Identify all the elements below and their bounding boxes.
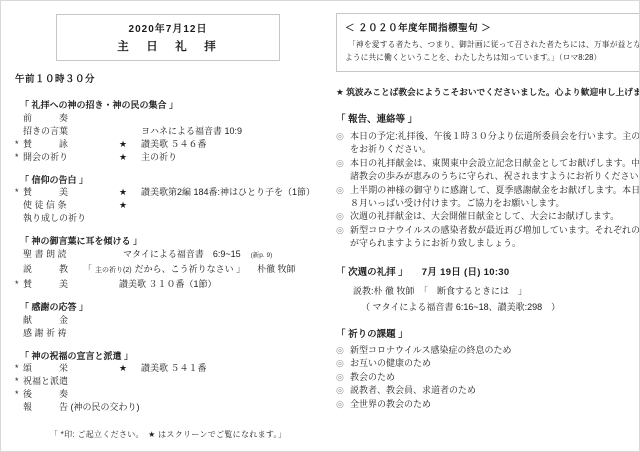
prayer-text: 全世界の教会のため [350, 398, 640, 412]
prayer-list: ◎ 新型コロナウイルス感染症の終息のため ◎ お互いの健康のため ◎ 教会のため… [336, 344, 640, 412]
sermon-quote-open: 「 [83, 263, 92, 276]
reports-heading: 「 報告、連絡等 」 [336, 111, 640, 125]
screen-star-icon: ★ [119, 199, 141, 212]
bullet-icon: ◎ [336, 184, 350, 211]
sermon-row: 説 教 「 主の祈り(2) だから、こう祈りなさい 」 朴徹 牧師 [15, 263, 321, 278]
service-time: 午前１０時３０分 [15, 71, 321, 85]
worship-row: * 賛 詠 ★ 讃美歌 ５４６番 [15, 138, 321, 151]
hymn-row: * 賛 美 讃美歌 ３１０番（1節） [15, 278, 321, 291]
row-label: 前 奏 [23, 112, 119, 125]
row-label: 賛 美 [23, 278, 119, 291]
report-text: 本日の礼拝献金は、東関東中会設立記念日献金としてお献げします。中会と諸教会の歩み… [350, 157, 640, 184]
reports-list: ◎ 本日の予定:礼拝後、午後１時３０分より伝道所委員会を行います。主の導きをお祈… [336, 130, 640, 251]
row-content: 讃美歌 ５４１番 [141, 362, 207, 375]
report-item: ◎ 本日の予定:礼拝後、午後１時３０分より伝道所委員会を行います。主の導きをお祈… [336, 130, 640, 157]
next-week-section: 「 次週の礼拝 」 7月 19日 (日) 10:30 説教:朴 徹 牧師 「 断… [336, 264, 640, 313]
worship-row: 招きの言葉 ヨハネによる福音書 10:9 [15, 125, 321, 138]
worship-row: * 開会の祈り ★ 主の祈り [15, 151, 321, 164]
standing-instructions-note: 「 *印: ご起立ください。 ★ はスクリーンでご覧になれます。」 [15, 429, 321, 442]
prayer-heading: 「 祈りの課題 」 [336, 326, 640, 340]
next-week-heading: 「 次週の礼拝 」 [336, 264, 408, 278]
section-word: 「 神の御言葉に耳を傾ける 」 聖 書 朗 読 マタイによる福音書 6:9~15… [15, 235, 321, 291]
bulletin-page: 2020年7月12日 主 日 礼 拝 午前１０時３０分 「 礼拝への神の招き・神… [0, 0, 640, 452]
row-content: 主の祈り [141, 151, 177, 164]
row-label: 献 金 [23, 314, 119, 327]
worship-row: 報 告 (神の民の交わり) [15, 401, 321, 414]
row-label: 執り成しの祈り [23, 212, 119, 225]
section-heading: 「 感謝の応答 」 [15, 301, 321, 314]
scripture-reading-row: 聖 書 朗 読 マタイによる福音書 6:9~15 (新p. 9) [15, 248, 321, 263]
preacher-name: 朴徹 牧師 [257, 263, 296, 276]
next-week-sermon: 説教:朴 徹 牧師 「 断食するときには 」 [336, 284, 640, 297]
screen-star-icon: ★ [119, 362, 141, 375]
report-text: 次週の礼拝献金は、大会開催日献金として、大会にお献げします。 [350, 210, 640, 223]
stand-marker: * [15, 138, 23, 151]
section-heading: 「 礼拝への神の招き・神の民の集合 」 [15, 99, 321, 112]
row-content: 讃美歌 ５４６番 [141, 138, 207, 151]
announcements-column: ＜ ２０２０年度年間指標聖句 ＞ 「神を愛する者たち、つまり、御計画に従って召さ… [323, 1, 640, 451]
title-box: 2020年7月12日 主 日 礼 拝 [56, 14, 280, 61]
service-date: 2020年7月12日 [57, 20, 279, 35]
sermon-title: だから、こう祈りなさい 」 [135, 263, 246, 276]
page-title: 主 日 礼 拝 [57, 38, 279, 54]
bullet-icon: ◎ [336, 224, 350, 251]
worship-row: 感 謝 祈 祷 [15, 327, 321, 340]
prayer-text: 説教者、教会員、求道者のため [350, 384, 640, 398]
report-item: ◎ 上半期の神様の御守りに感謝して、夏季感謝献金をお献げします。本日より８月いっ… [336, 184, 640, 211]
worship-row: 使 徒 信 条 ★ [15, 199, 321, 212]
row-label: 祝福と派遣 [23, 375, 119, 388]
row-content: 讃美歌第2編 184番:神はひとり子を（1節） [141, 186, 315, 199]
bullet-icon: ◎ [336, 210, 350, 223]
worship-row: 前 奏 [15, 112, 321, 125]
worship-row: * 頌 栄 ★ 讃美歌 ５４１番 [15, 362, 321, 375]
section-thanksgiving: 「 感謝の応答 」 献 金 感 謝 祈 祷 [15, 301, 321, 340]
worship-row: 執り成しの祈り [15, 212, 321, 225]
prayer-text: 教会のため [350, 371, 640, 385]
next-week-heading-row: 「 次週の礼拝 」 7月 19日 (日) 10:30 [336, 264, 640, 278]
row-label: 賛 美 [23, 186, 119, 199]
bullet-icon: ◎ [336, 371, 350, 385]
worship-program: 「 礼拝への神の招き・神の民の集合 」 前 奏 招きの言葉 ヨハネによる福音書 … [15, 99, 321, 442]
report-item: ◎ 新型コロナウイルスの感染者数が最近再び増加しています。それぞれの健康が守られ… [336, 224, 640, 251]
row-label: 開会の祈り [23, 151, 119, 164]
sermon-series-title: 主の祈り(2) [95, 265, 132, 278]
section-confession: 「 信仰の告白 」 * 賛 美 ★ 讃美歌第2編 184番:神はひとり子を（1節… [15, 174, 321, 226]
row-label: 頌 栄 [23, 362, 119, 375]
bullet-icon: ◎ [336, 157, 350, 184]
screen-star-icon: ★ [119, 186, 141, 199]
section-invitation: 「 礼拝への神の招き・神の民の集合 」 前 奏 招きの言葉 ヨハネによる福音書 … [15, 99, 321, 164]
worship-row: * 賛 美 ★ 讃美歌第2編 184番:神はひとり子を（1節） [15, 186, 321, 199]
next-week-datetime: 7月 19日 (日) 10:30 [422, 264, 510, 278]
stand-marker: * [15, 388, 23, 401]
report-text: 上半期の神様の御守りに感謝して、夏季感謝献金をお献げします。本日より８月いっぱい… [350, 184, 640, 211]
stand-marker: * [15, 151, 23, 164]
scripture-page-note: (新p. 9) [251, 250, 273, 263]
stand-marker: * [15, 375, 23, 388]
worship-row: * 後 奏 [15, 388, 321, 401]
section-sending: 「 神の祝福の宣言と派遣 」 * 頌 栄 ★ 讃美歌 ５４１番 * 祝福と派遣 … [15, 350, 321, 415]
motto-verse: 「神を愛する者たち、つまり、御計画に従って召された者たちには、万事が益となるよう… [345, 38, 640, 64]
report-item: ◎ 本日の礼拝献金は、東関東中会設立記念日献金としてお献げします。中会と諸教会の… [336, 157, 640, 184]
stand-marker: * [15, 186, 23, 199]
report-item: ◎ 次週の礼拝献金は、大会開催日献金として、大会にお献げします。 [336, 210, 640, 223]
row-label: 後 奏 [23, 388, 119, 401]
reports-section: 「 報告、連絡等 」 ◎ 本日の予定:礼拝後、午後１時３０分より伝道所委員会を行… [336, 111, 640, 251]
screen-star-icon: ★ [119, 151, 141, 164]
row-label: 感 謝 祈 祷 [23, 327, 119, 340]
prayer-item: ◎ 教会のため [336, 371, 640, 385]
bullet-icon: ◎ [336, 344, 350, 358]
worship-row: * 祝福と派遣 [15, 375, 321, 388]
row-content: ヨハネによる福音書 10:9 [141, 125, 242, 138]
prayer-section: 「 祈りの課題 」 ◎ 新型コロナウイルス感染症の終息のため ◎ お互いの健康の… [336, 326, 640, 412]
prayer-item: ◎ お互いの健康のため [336, 357, 640, 371]
stand-marker: * [15, 362, 23, 375]
row-label: 使 徒 信 条 [23, 199, 119, 212]
screen-star-icon: ★ [119, 138, 141, 151]
scripture-reference: マタイによる福音書 6:9~15 [123, 248, 241, 261]
worship-order-column: 2020年7月12日 主 日 礼 拝 午前１０時３０分 「 礼拝への神の招き・神… [1, 1, 323, 451]
motto-title: ＜ ２０２０年度年間指標聖句 ＞ [345, 20, 640, 34]
annual-motto-box: ＜ ２０２０年度年間指標聖句 ＞ 「神を愛する者たち、つまり、御計画に従って召さ… [336, 13, 640, 72]
prayer-item: ◎ 新型コロナウイルス感染症の終息のため [336, 344, 640, 358]
row-content: 讃美歌 ３１０番（1節） [119, 278, 217, 291]
bullet-icon: ◎ [336, 398, 350, 412]
row-label: 賛 詠 [23, 138, 119, 151]
prayer-item: ◎ 説教者、教会員、求道者のため [336, 384, 640, 398]
section-heading: 「 神の祝福の宣言と派遣 」 [15, 350, 321, 363]
bullet-icon: ◎ [336, 384, 350, 398]
prayer-item: ◎ 全世界の教会のため [336, 398, 640, 412]
prayer-text: お互いの健康のため [350, 357, 640, 371]
welcome-message: ★ 筑波みことば教会にようこそおいでくださいました。心より歓迎申し上げます。 [336, 86, 640, 98]
report-text: 本日の予定:礼拝後、午後１時３０分より伝道所委員会を行います。主の導きをお祈りく… [350, 130, 640, 157]
report-text: 新型コロナウイルスの感染者数が最近再び増加しています。それぞれの健康が守られます… [350, 224, 640, 251]
row-label: 説 教 [23, 263, 83, 276]
worship-row: 献 金 [15, 314, 321, 327]
next-week-scripture: （ マタイによる福音書 6:16~18、讃美歌:298 ） [336, 300, 640, 313]
row-label: 報 告 (神の民の交わり) [23, 401, 119, 414]
bullet-icon: ◎ [336, 357, 350, 371]
section-heading: 「 信仰の告白 」 [15, 174, 321, 187]
bullet-icon: ◎ [336, 130, 350, 157]
row-label: 招きの言葉 [23, 125, 119, 138]
row-label: 聖 書 朗 読 [23, 248, 123, 261]
stand-marker: * [15, 278, 23, 291]
prayer-text: 新型コロナウイルス感染症の終息のため [350, 344, 640, 358]
section-heading: 「 神の御言葉に耳を傾ける 」 [15, 235, 321, 248]
